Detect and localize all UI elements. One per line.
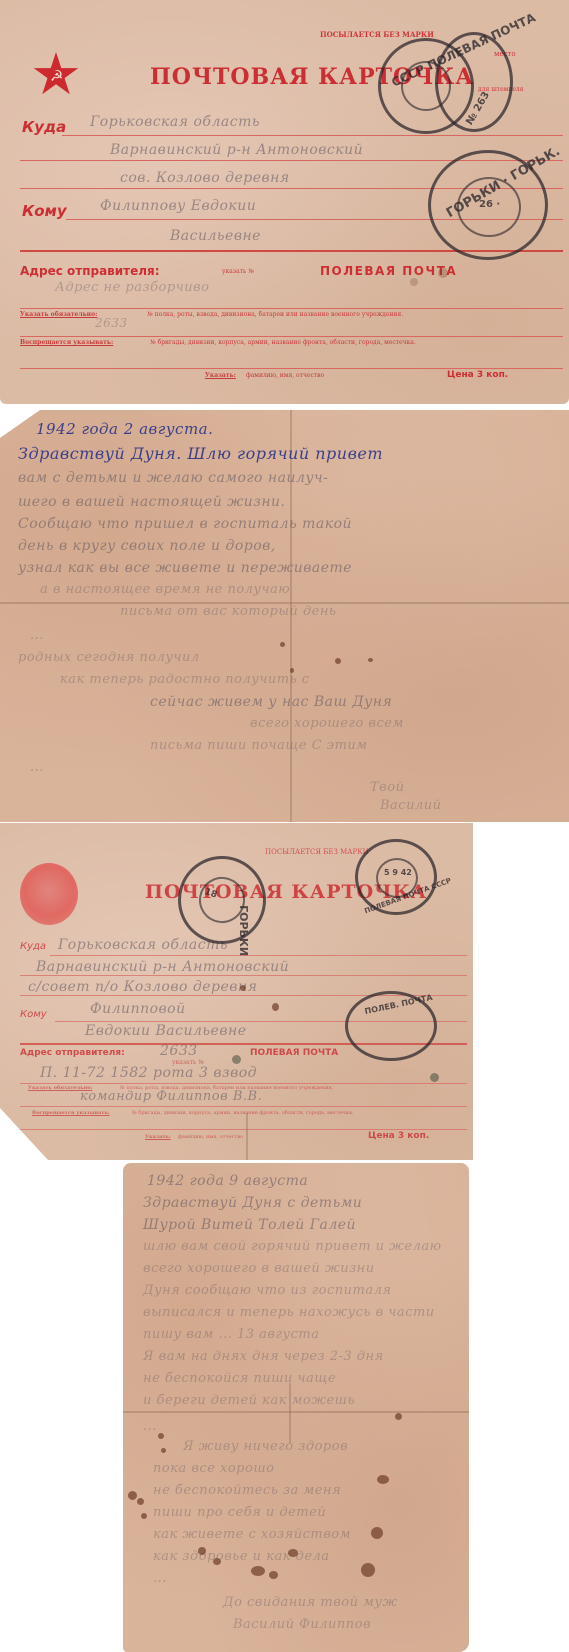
letter-line: письма от вас который день (120, 604, 337, 619)
handwritten-recipient-line: Евдокии Васильевне (85, 1023, 246, 1039)
letter-line: пишу вам ... 13 августа (143, 1327, 319, 1342)
price-label: Цена 3 коп. (447, 370, 508, 380)
letter-line: пока все хорошо (153, 1461, 274, 1476)
name-note-text: фамилию, имя, отчество (246, 372, 324, 379)
letter-line: шего в вашей настоящей жизни. (18, 494, 286, 510)
letter-signature: Василий Филиппов (233, 1617, 371, 1632)
name-note-label: Указать: (145, 1134, 171, 1140)
sender-number-hint: указать № (222, 268, 254, 275)
postmark-stamp: ПОЛЕВАЯ ПОЧТА СССР 5 9 42 (355, 839, 437, 915)
handwritten-address-line: сов. Козлово деревня (120, 170, 290, 186)
letter-line: письма пиши почаще С этим (150, 738, 368, 753)
letter-line: ... (153, 1571, 167, 1586)
letter-line: как здоровье и как дела (153, 1549, 330, 1564)
letter-signature: Василий (380, 798, 441, 813)
letter-line: родных сегодня получил (18, 650, 200, 665)
letter-signature: Твой (370, 780, 404, 795)
letter-line: день в кругу своих поле и доров, (18, 538, 276, 554)
handwritten-field-post-number: 2633 (160, 1043, 198, 1059)
handwritten-recipient-line: Васильевне (170, 228, 261, 244)
hammer-sickle-icon: ☭ (50, 67, 63, 85)
letter-line: сейчас живем у нас Ваш Дуня (150, 694, 392, 710)
letter-line: выписался и теперь нахожусь в части (143, 1305, 435, 1320)
letter-line: Дуня сообщаю что из госпиталя (143, 1283, 391, 1298)
handwritten-sender-line: П. 11-72 1582 рота 3 взвод (40, 1065, 257, 1081)
field-post-label: ПОЛЕВАЯ ПОЧТА (320, 264, 457, 278)
letter-line: ... (143, 1419, 157, 1434)
to-label: Куда (22, 118, 66, 136)
letter-line: пиши про себя и детей (153, 1505, 326, 1520)
ussr-coat-of-arms-icon (20, 863, 78, 925)
letter-line: Я вам на днях дня через 2-3 дня (143, 1349, 384, 1364)
postage-note: ПОСЫЛАЕТСЯ БЕЗ МАРКИ (320, 30, 434, 39)
field-post-label: ПОЛЕВАЯ ПОЧТА (250, 1048, 338, 1058)
letter-line: не беспокойся пиши чаще (143, 1371, 336, 1386)
letter-line: Здравствуй Дуня с детьми (143, 1195, 362, 1211)
letter-line: всего хорошего в вашей жизни (143, 1261, 375, 1276)
forbidden-note-label: Воспрещается указывать: (32, 1110, 110, 1116)
price-label: Цена 3 коп. (368, 1131, 429, 1141)
postmark-stamp: ПОЛЕВ. ПОЧТА (345, 991, 437, 1061)
forbidden-note-label: Воспрещается указывать: (20, 339, 113, 346)
sender-label: Адрес отправителя: (20, 264, 160, 278)
postmark-stamp: ГОРЬКИ · ГОРЬК. 26 · (428, 150, 548, 260)
letter-line: а в настоящее время не получаю (40, 582, 290, 597)
forbidden-note-text: № бригады, дивизии, корпуса, армии, назв… (150, 339, 416, 346)
forbidden-note-text: № бригады, дивизии, корпуса, армии, назв… (132, 1110, 353, 1116)
letter-line: Я живу ничего здоров (183, 1439, 348, 1454)
handwritten-address-line: с/совет п/о Козлово деревня (28, 979, 257, 995)
handwritten-address-line: Варнавинский р-н Антоновский (36, 959, 289, 975)
letter-line: ... (30, 760, 44, 775)
name-note-text: фамилию, имя, отчество (178, 1134, 243, 1140)
required-note-text: № полка, роты, взвода, дивизиона, батаре… (147, 311, 403, 318)
letter-line: всего хорошего всем (250, 716, 404, 731)
postcard-back-2: 1942 года 9 августа Здравствуй Дуня с де… (123, 1163, 469, 1652)
letter-line: ... (30, 628, 44, 643)
handwritten-sender-line: командир Филиппов В.В. (80, 1089, 262, 1104)
letter-line: Сообщаю что пришел в госпиталь такой (18, 516, 352, 532)
postmark-stamp: № 263 (435, 32, 513, 132)
to-label: Куда (20, 941, 46, 952)
letter-line: шлю вам свой горячий привет и желаю (143, 1239, 442, 1254)
postcard-front-1: ★ ☭ ПОСЫЛАЕТСЯ БЕЗ МАРКИ место для штемп… (0, 0, 569, 404)
name-note-label: Указать: (205, 372, 236, 379)
postcard-back-1: 1942 года 2 августа. Здравствуй Дуня. Шл… (0, 410, 569, 822)
letter-line: и береги детей как можешь (143, 1393, 355, 1408)
postcard-front-2: ПОСЫЛАЕТСЯ БЕЗ МАРКИ ПОЧТОВАЯ КАРТОЧКА К… (0, 823, 473, 1160)
letter-line: не беспокойтесь за меня (153, 1483, 341, 1498)
handwritten-sender-line: Адрес не разборчиво (55, 280, 210, 295)
letter-line: как теперь радостно получить с (60, 672, 310, 687)
letter-line: Здравствуй Дуня. Шлю горячий привет (18, 444, 383, 463)
letter-line: 1942 года 2 августа. (36, 420, 213, 438)
letter-line: 1942 года 9 августа (147, 1173, 308, 1189)
handwritten-recipient-line: Филиппову Евдокии (100, 198, 256, 214)
handwritten-address-line: Варнавинский р-н Антоновский (110, 142, 363, 158)
sender-label: Адрес отправителя: (20, 1048, 125, 1058)
letter-signature: До свидания твой муж (223, 1595, 398, 1610)
required-note-label: Указать обязательно: (20, 311, 97, 318)
whom-label: Кому (20, 1009, 47, 1020)
letter-line: вам с детьми и желаю самого наилуч- (18, 470, 328, 486)
handwritten-sender-number: 2633 (95, 316, 128, 330)
handwritten-address-line: Горьковская область (90, 114, 260, 130)
letter-line: как живете с хозяйством (153, 1527, 351, 1542)
letter-line: узнал как вы все живете и переживаете (18, 560, 352, 576)
whom-label: Кому (22, 202, 67, 220)
letter-line: Шурой Витей Толей Галей (143, 1217, 356, 1233)
handwritten-recipient-line: Филипповой (90, 1001, 186, 1017)
postage-note: ПОСЫЛАЕТСЯ БЕЗ МАРКИ (265, 848, 369, 856)
